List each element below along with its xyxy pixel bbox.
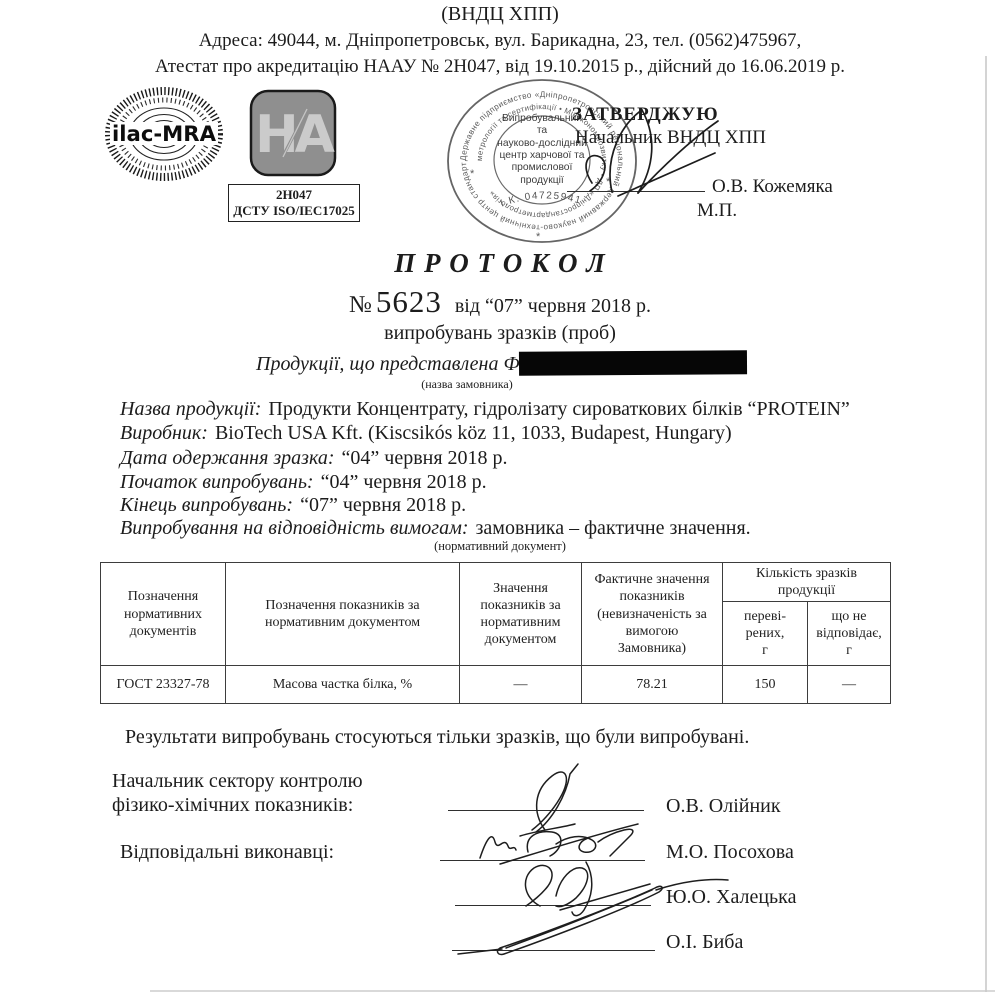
naau-standard: ДСТУ ISO/ІЕС17025 [229,203,359,219]
detail-value: “04” червня 2018 р. [342,447,508,469]
results-table: Позначення нормативних документів Познач… [100,562,891,704]
detail-value: Продукти Концентрату, гідролізату сирова… [268,398,849,420]
role-head-of-sector-line2: фізико-хімічних показників: [112,794,353,817]
detail-product-name: Назва продукції:Продукти Концентрату, гі… [120,398,850,421]
naau-number: 2Н047 [229,187,359,203]
presented-by-label: Продукції, що представлена ФО [256,353,534,376]
cell-indicator: Масова частка білка, % [226,666,460,704]
cell-samples-failed: — [808,666,891,704]
header-norm-value: Значення показників за нормативним докум… [460,563,582,666]
cell-normative-doc: ГОСТ 23327-78 [101,666,226,704]
detail-label: Кінець випробувань: [120,494,293,516]
detail-value: “04” червня 2018 р. [321,471,487,493]
header-indicator: Позначення показників за нормативним док… [226,563,460,666]
detail-label: Виробник: [120,422,208,444]
detail-sample-received-date: Дата одержання зразка:“04” червня 2018 р… [120,447,508,470]
header-samples-failed: що не відповідає, г [808,602,891,666]
header-actual-value: Фактичне значення показників (невизначен… [582,563,723,666]
detail-value: замовника – фактичне значення. [476,517,751,539]
svg-text:*: * [536,231,541,243]
detail-label: Назва продукції: [120,398,261,420]
detail-test-start-date: Початок випробувань:“04” червня 2018 р. [120,471,487,494]
cell-actual-value: 78.21 [582,666,723,704]
approver-signature-stroke [560,95,760,215]
detail-label: Початок випробувань: [120,471,314,493]
ilac-mra-logo: ilac-MRA [102,86,226,184]
scan-edge-bottom [150,990,995,992]
protocol-number-sign: № [349,292,372,318]
cell-samples-checked: 150 [723,666,808,704]
header-samples-group: Кількість зразків продукції [723,563,891,602]
protocol-date: від “07” червня 2018 р. [455,295,651,317]
detail-label: Дата одержання зразка: [120,447,335,469]
redacted-customer-name [519,350,747,376]
document-title: П Р О Т О К О Л [0,248,1000,279]
ilac-mra-wordmark: ilac-MRA [112,122,217,146]
detail-value: BioTech USA Kft. (Kiscsikós köz 11, 1033… [215,422,732,444]
detail-test-end-date: Кінець випробувань:“07” червня 2018 р. [120,494,466,517]
role-head-of-sector-line1: Начальник сектору контролю [112,770,363,793]
role-responsible-executors: Відповідальні виконавці: [120,841,334,864]
scan-edge-right [985,56,987,992]
accreditation-scope-box: 2Н047 ДСТУ ISO/ІЕС17025 [228,184,360,222]
signature-posokhova [480,824,638,864]
protocol-number: 5623 [376,284,442,319]
detail-label: Випробування на відповідність вимогам: [120,517,469,539]
header-normative-doc: Позначення нормативних документів [101,563,226,666]
normative-document-caption: (нормативний документ) [400,539,600,554]
signature-khaletska [525,862,650,916]
handwritten-signatures [430,750,880,970]
detail-value: “07” червня 2018 р. [300,494,466,516]
document-subtitle: випробувань зразків (проб) [0,322,1000,345]
detail-conformity-requirements: Випробування на відповідність вимогам:за… [120,517,751,540]
org-address-line: Адреса: 49044, м. Дніпропетровськ, вул. … [0,30,1000,52]
org-abbreviation: (ВНДЦ ХПП) [0,3,1000,26]
result-note: Результати випробувань стосуються тільки… [125,726,749,749]
detail-manufacturer: Виробник:BioTech USA Kft. (Kiscsikós köz… [120,422,732,445]
customer-name-caption: (назва замовника) [377,377,557,392]
naau-monogram-logo: НА [248,88,338,178]
protocol-number-line: № 5623 від “07” червня 2018 р. [0,284,1000,320]
signature-byba [458,879,728,954]
protocol-document-page: (ВНДЦ ХПП) Адреса: 49044, м. Дніпропетро… [0,0,1000,1000]
cell-norm-value: — [460,666,582,704]
accreditation-line: Атестат про акредитацію НААУ № 2Н047, ві… [0,56,1000,78]
signature-oliynyk [520,764,578,836]
header-samples-checked: переві- рених, г [723,602,808,666]
table-row: ГОСТ 23327-78 Масова частка білка, % — 7… [101,666,891,704]
